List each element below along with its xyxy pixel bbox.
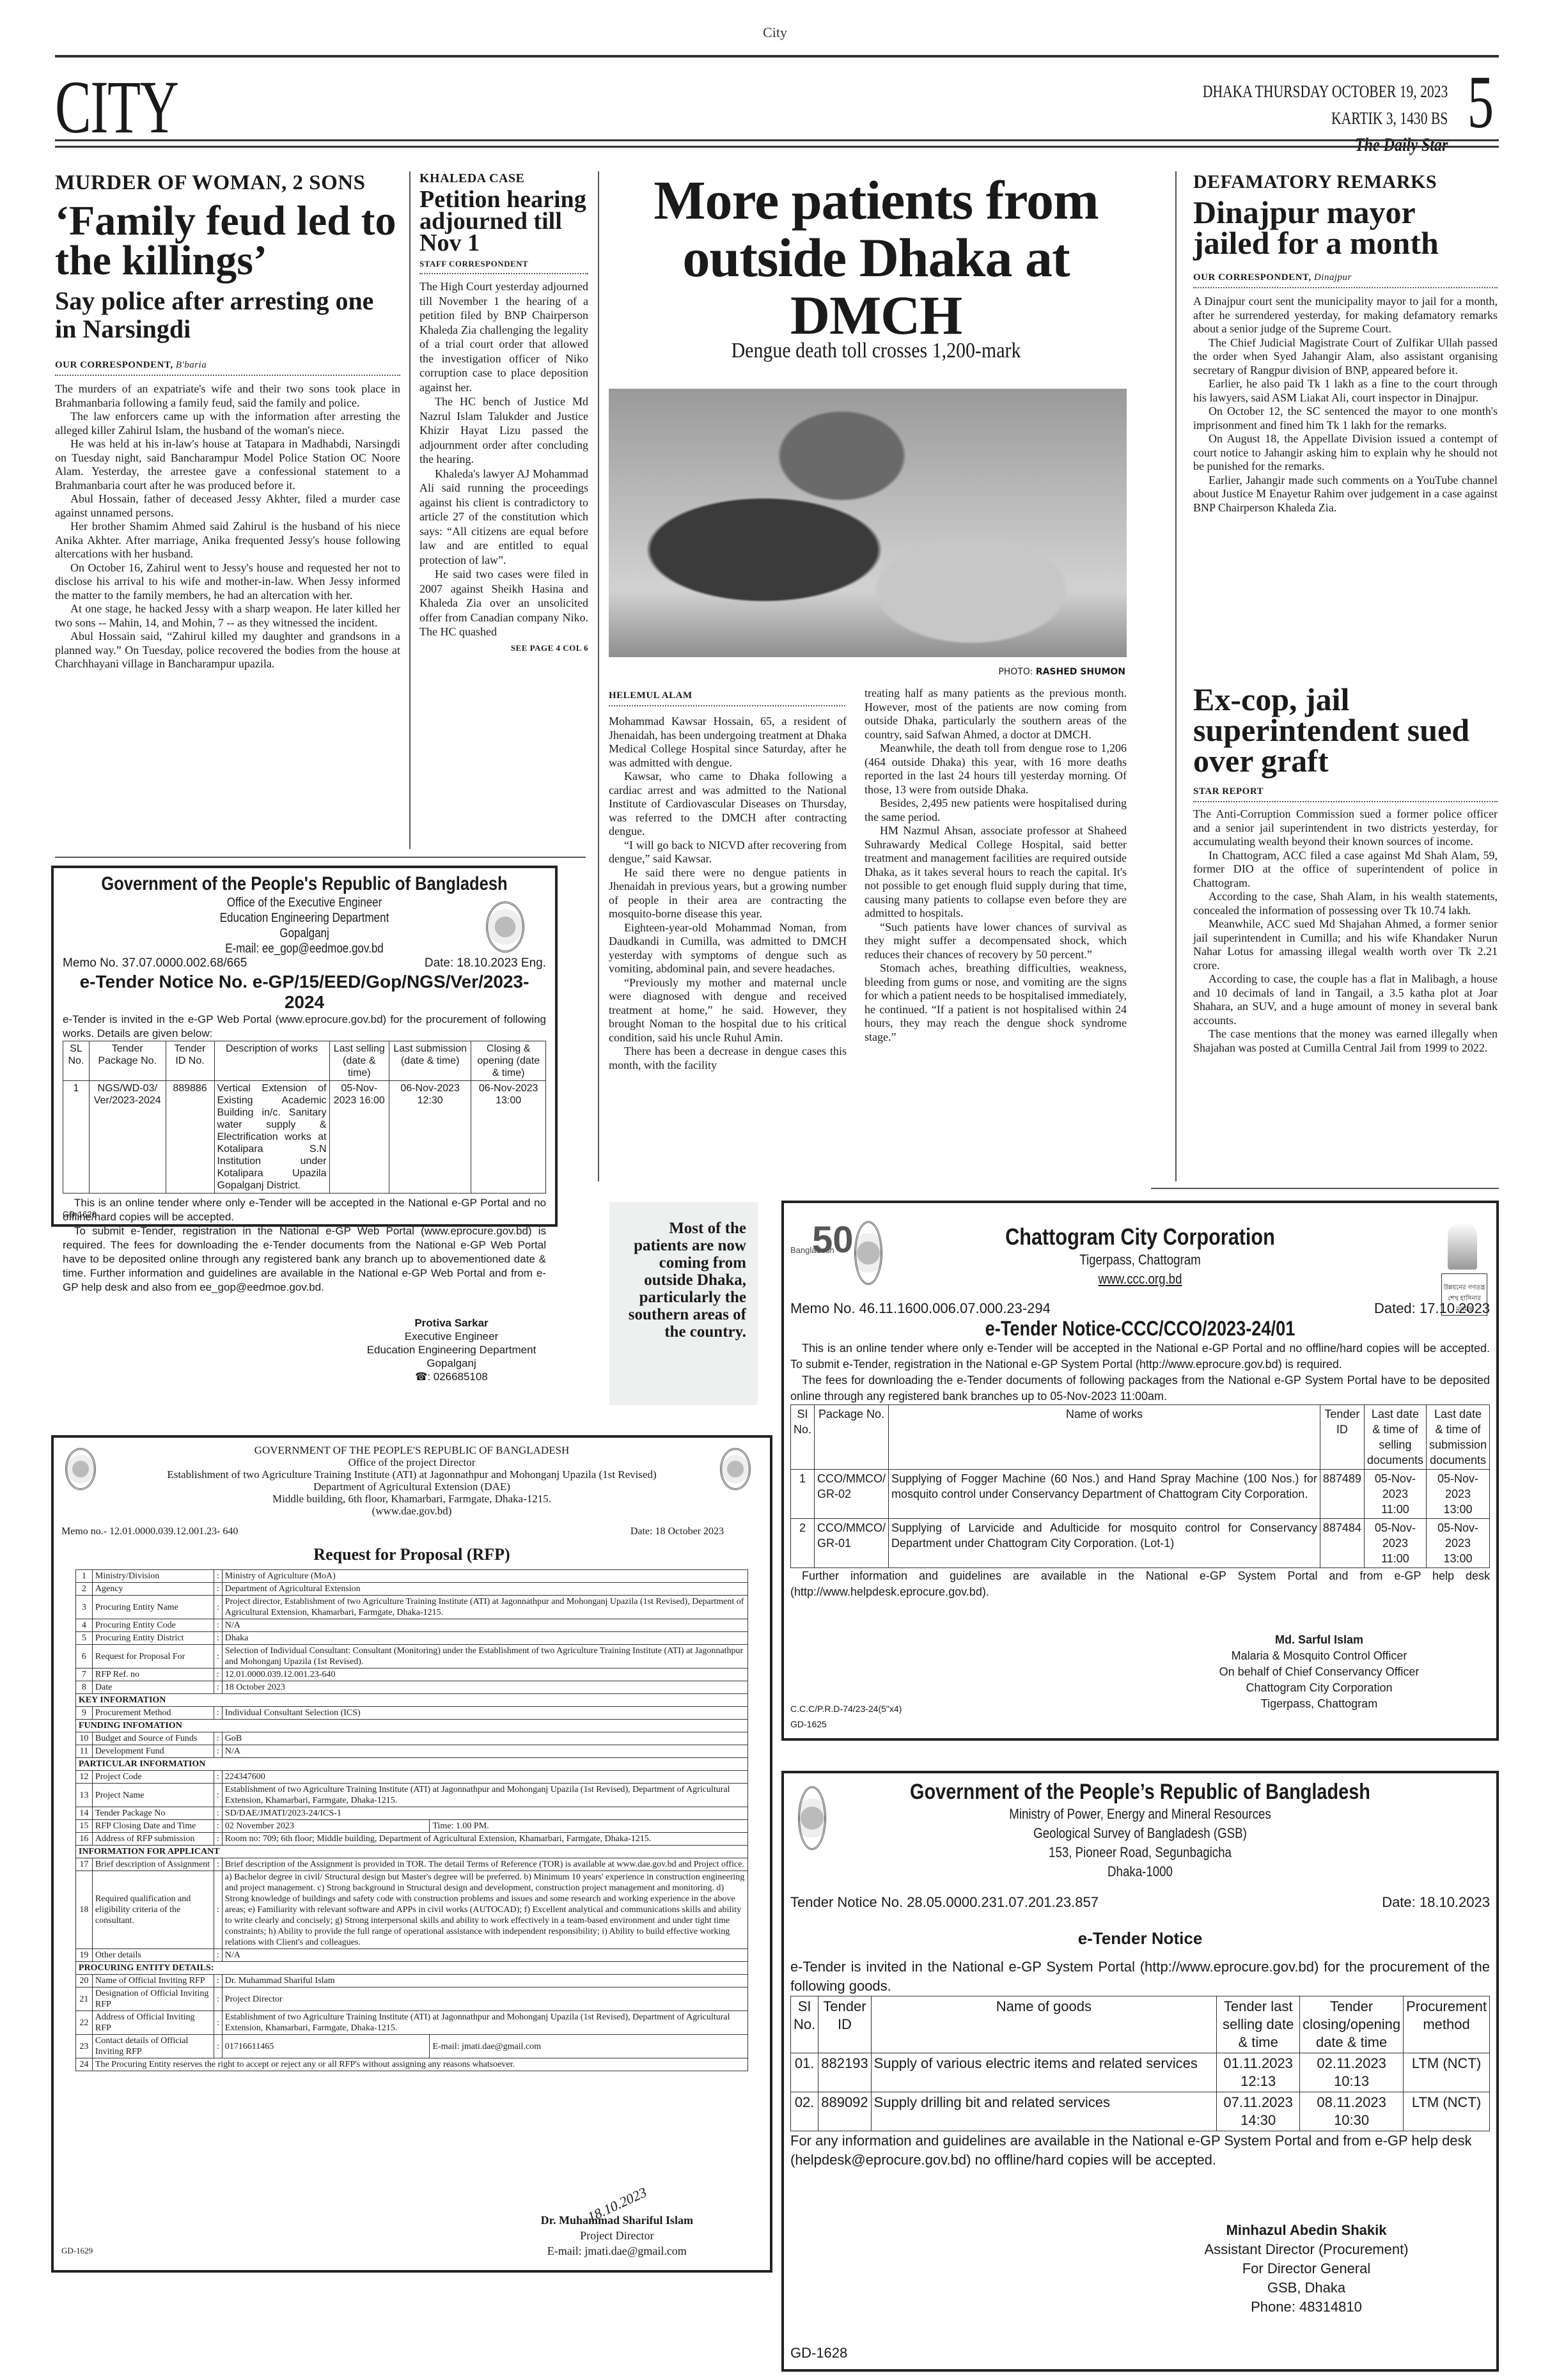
story-body: The murders of an expatriate's wife and … xyxy=(55,382,400,671)
ad-code: GD-1626 xyxy=(63,1209,97,1219)
table-row: 1NGS/WD-03/ Ver/2023-2024889886 Vertical… xyxy=(63,1081,546,1194)
page-number: 5 xyxy=(1468,70,1494,134)
jump-link[interactable]: SEE PAGE 4 COL 6 xyxy=(419,643,588,653)
lead-byline: HELEMUL ALAM xyxy=(609,690,845,706)
divider xyxy=(1151,1188,1499,1189)
story-murder: MURDER OF WOMAN, 2 SONS ‘Family feud led… xyxy=(55,171,400,671)
table-row: 3Procuring Entity Name:Project director,… xyxy=(75,1596,748,1619)
lead-headline: More patients from outside Dhaka at DMCH xyxy=(620,171,1132,344)
memo-row: Memo no.- 12.01.0000.039.12.001.23- 640D… xyxy=(61,1526,724,1537)
tender-table: SI No.Tender IDName of goods Tender last… xyxy=(790,1996,1490,2131)
tender-table: SL No.Tender Package No.Tender ID No. De… xyxy=(63,1041,546,1194)
story-mayor: DEFAMATORY REMARKS Dinajpur mayor jailed… xyxy=(1193,171,1498,515)
ad-intro: e-Tender is invited in the National e-GP… xyxy=(790,1957,1490,1996)
table-row: 24The Procuring Entity reserves the righ… xyxy=(75,2058,748,2071)
notice-number: e-Tender Notice No. e-GP/15/EED/Gop/NGS/… xyxy=(63,972,546,1013)
story-byline: OUR CORRESPONDENT, Dinajpur xyxy=(1193,272,1498,288)
table-section-row: INFORMATION FOR APPLICANT xyxy=(75,1846,748,1858)
top-rule xyxy=(55,55,1499,58)
divider xyxy=(55,857,586,858)
signature-block: Minhazul Abedin ShakikAssistant Director… xyxy=(1123,2221,1490,2317)
story-byline: OUR CORRESPONDENT, B'baria xyxy=(55,360,400,376)
section-title: CITY xyxy=(55,75,178,139)
ad-address: 153, Pioneer Road, Segunbagicha xyxy=(843,1843,1437,1862)
ad-intro: This is an online tender where only e-Te… xyxy=(790,1341,1490,1404)
ad-footer: This is an online tender where only e-Te… xyxy=(63,1194,546,1297)
memo-row: Tender Notice No. 28.05.0000.231.07.201.… xyxy=(790,1894,1490,1911)
gsb-seal-icon xyxy=(798,1786,826,1850)
table-row: 4Procuring Entity Code:N/A xyxy=(75,1619,748,1632)
signature-block: Md. Sarful IslamMalaria & Mosquito Contr… xyxy=(1148,1632,1490,1712)
table-row: 1Ministry/Division:Ministry of Agricultu… xyxy=(75,1570,748,1583)
ad-title: Government of the People’s Republic of B… xyxy=(843,1780,1437,1805)
table-row: 22Address of Official Inviting RFP:Estab… xyxy=(75,2011,748,2035)
table-row: 10Budget and Source of Funds:GoB xyxy=(75,1732,748,1745)
ad-website-link[interactable]: www.ccc.org.bd xyxy=(843,1270,1437,1289)
rfp-header: GOVERNMENT OF THE PEOPLE'S REPUBLIC OF B… xyxy=(61,1444,762,1517)
story-body: The High Court yesterday adjourned till … xyxy=(419,279,588,639)
ad-ccc-tender: Bangladesh50 উন্নয়নের গণতন্ত্র শেখ হাসি… xyxy=(781,1201,1499,1741)
ad-dept: Education Engineering Department xyxy=(99,910,510,926)
ad-code: GD-1629 xyxy=(61,2246,93,2256)
table-row: 02.889092Supply drilling bit and related… xyxy=(791,2092,1490,2131)
story-kicker: KHALEDA CASE xyxy=(419,171,588,186)
table-row: 16Address of RFP submission:Room no: 709… xyxy=(75,1833,748,1846)
ad-footer: Further information and guidelines are a… xyxy=(790,1568,1490,1600)
table-section-row: PROCURING ENTITY DETAILS: xyxy=(75,1962,748,1975)
tender-table: SI No.Package No.Name of works Tender ID… xyxy=(790,1404,1490,1568)
ad-gsb-tender: Government of the People’s Republic of B… xyxy=(781,1771,1499,2372)
ad-email[interactable]: E-mail: ee_gop@eedmoe.gov.bd xyxy=(99,941,510,956)
table-row: 14Tender Package No:SD/DAE/JMATI/2023-24… xyxy=(75,1807,748,1820)
table-section-row: FUNDING INFOMATION xyxy=(75,1720,748,1732)
dae-seal-icon xyxy=(720,1448,751,1490)
table-row: 8Date:18 October 2023 xyxy=(75,1681,748,1694)
story-body: The Anti-Corruption Commission sued a fo… xyxy=(1193,807,1498,1055)
table-row: 23Contact details of Official Inviting R… xyxy=(75,2035,748,2058)
paper-logo: The Daily Star xyxy=(1203,132,1448,159)
table-row: 12Project Code:224347600 xyxy=(75,1771,748,1784)
table-row: 15RFP Closing Date and Time:02 November … xyxy=(75,1820,748,1833)
ad-footer: For any information and guidelines are a… xyxy=(790,2131,1490,2170)
story-kicker: MURDER OF WOMAN, 2 SONS xyxy=(55,171,400,195)
story-headline: ‘Family feud led to the killings’ xyxy=(55,201,400,281)
memo-row: Memo No. 37.07.0000.002.68/665Date: 18.1… xyxy=(63,956,546,970)
signature-block: Protiva SarkarExecutive EngineerEducatio… xyxy=(357,1316,546,1383)
story-khaleda: KHALEDA CASE Petition hearing adjourned … xyxy=(419,171,588,653)
column-rule xyxy=(598,171,599,1181)
ad-code: GD-1628 xyxy=(790,2345,847,2361)
ad-org: Geological Survey of Bangladesh (GSB) xyxy=(843,1824,1437,1843)
ad-address: Dhaka-1000 xyxy=(843,1862,1437,1881)
masthead-rule xyxy=(55,146,1499,148)
lead-body-col2: treating half as many patients as the pr… xyxy=(865,687,1127,1044)
table-row: 18Required qualification and eligibility… xyxy=(75,1871,748,1949)
story-headline: Dinajpur mayor jailed for a month xyxy=(1193,197,1498,258)
dateline: DHAKA THURSDAY OCTOBER 19, 2023 xyxy=(1203,78,1448,105)
bangla-date: KARTIK 3, 1430 BS xyxy=(1203,105,1448,132)
story-headline: Ex-cop, jail superintendent sued over gr… xyxy=(1193,684,1498,776)
column-rule xyxy=(409,171,411,849)
table-row: 17Brief description of Assignment:Brief … xyxy=(75,1858,748,1871)
table-row: 01.882193Supply of various electric item… xyxy=(791,2053,1490,2092)
pull-quote: Most of the patients are now coming from… xyxy=(609,1202,758,1405)
ad-intro: e-Tender is invited in the e-GP Web Port… xyxy=(63,1013,546,1041)
ad-title: Government of the People's Republic of B… xyxy=(99,873,510,895)
ad-office: Office of the Executive Engineer xyxy=(99,895,510,910)
story-byline: STAFF CORRESPONDENT xyxy=(419,259,588,274)
ad-address: Tigerpass, Chattogram xyxy=(843,1250,1437,1270)
masthead-rule xyxy=(55,139,1499,141)
ad-code: C.C.C/P.R.D-74/23-24(5"x4)GD-1625 xyxy=(790,1701,902,1732)
lead-body-col1: Mohammad Kawsar Hossain, 65, a resident … xyxy=(609,715,847,1072)
table-row: 7RFP Ref. no:12.01.0000.039.12.001.23-64… xyxy=(75,1668,748,1681)
ad-place: Gopalganj xyxy=(99,926,510,941)
portrait-icon xyxy=(1448,1222,1477,1270)
table-row: 6Request for Proposal For:Selection of I… xyxy=(75,1645,748,1668)
page-folio: City xyxy=(0,24,1550,41)
photo-credit: PHOTO: RASHED SHUMON xyxy=(895,667,1125,677)
notice-number: e-Tender Notice-CCC/CCO/2023-24/01 xyxy=(843,1317,1437,1341)
story-kicker: DEFAMATORY REMARKS xyxy=(1193,171,1498,193)
table-row: 9Procurement Method:Individual Consultan… xyxy=(75,1707,748,1720)
memo-row: Memo No. 46.11.1600.006.07.000.23-294Dat… xyxy=(790,1300,1490,1317)
table-section-row: KEY INFORMATION xyxy=(75,1694,748,1707)
table-row: 2Agency:Department of Agricultural Exten… xyxy=(75,1583,748,1596)
table-row: 19Other details:N/A xyxy=(75,1949,748,1962)
table-section-row: PARTICULAR INFORMATION xyxy=(75,1758,748,1771)
ad-ministry: Ministry of Power, Energy and Mineral Re… xyxy=(843,1805,1437,1824)
signature-block: 18.10.2023 Dr. Muhammad Shariful IslamPr… xyxy=(541,2197,693,2259)
story-body: A Dinajpur court sent the municipality m… xyxy=(1193,295,1498,515)
column-rule xyxy=(1175,171,1177,1181)
rfp-title: Request for Proposal (RFP) xyxy=(61,1545,762,1564)
story-excop: Ex-cop, jail superintendent sued over gr… xyxy=(1193,684,1498,1055)
slogan-box: উন্নয়নের গণতন্ত্র শেখ হাসিনার মূলমন্ত্র xyxy=(1441,1273,1487,1316)
table-row: 13Project Name:Establishment of two Agri… xyxy=(75,1784,748,1807)
govt-seal-icon xyxy=(65,1448,96,1490)
ad-eed-tender: Government of the People's Republic of B… xyxy=(51,866,558,1227)
table-row: 20Name of Official Inviting RFP:Dr. Muha… xyxy=(75,1975,748,1987)
table-row: 11Development Fund:N/A xyxy=(75,1745,748,1758)
ad-rfp: GOVERNMENT OF THE PEOPLE'S REPUBLIC OF B… xyxy=(51,1435,772,2273)
ad-title: Chattogram City Corporation xyxy=(843,1224,1437,1250)
table-row: 2CCO/MMCO/ GR-01Supplying of Larvicide a… xyxy=(791,1519,1490,1568)
story-subhead: Say police after arresting one in Narsin… xyxy=(55,287,400,343)
story-byline: STAR REPORT xyxy=(1193,786,1498,802)
table-row: 21Designation of Official Inviting RFP:P… xyxy=(75,1987,748,2011)
rfp-table: 1Ministry/Division:Ministry of Agricultu… xyxy=(75,1569,748,2071)
lead-photo xyxy=(609,389,1127,657)
story-headline: Petition hearing adjourned till Nov 1 xyxy=(419,189,588,254)
notice-title: e-Tender Notice xyxy=(790,1929,1490,1948)
lead-deck: Dengue death toll crosses 1,200-mark xyxy=(651,339,1101,363)
table-row: 1CCO/MMCO/ GR-02Supplying of Fogger Mach… xyxy=(791,1470,1490,1519)
table-row: 5Procuring Entity District:Dhaka xyxy=(75,1632,748,1645)
bangladesh-50-logo-icon: Bangladesh50 xyxy=(790,1212,842,1276)
